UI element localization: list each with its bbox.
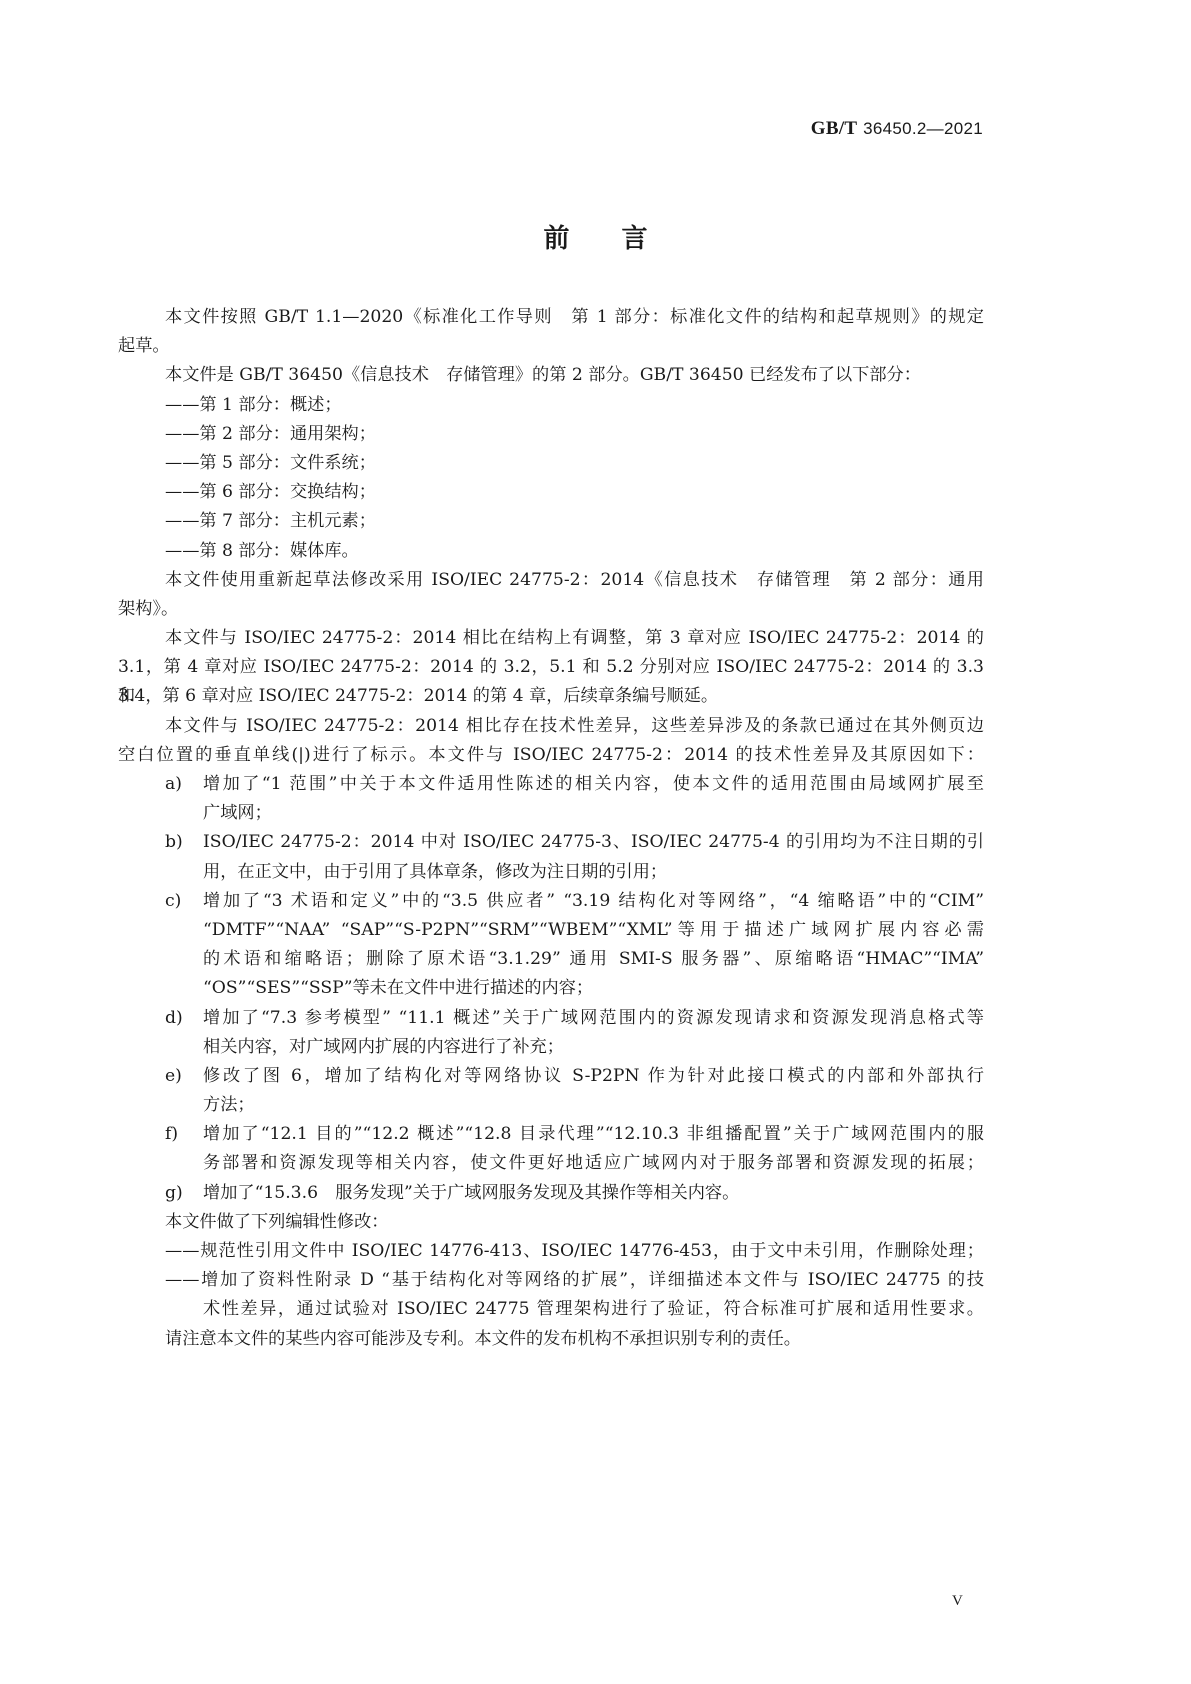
item-label: g) <box>165 1179 183 1208</box>
standard-number: 36450.2—2021 <box>863 119 983 138</box>
difference-item-c: c)增加了“3 术语和定义”中的“3.5 供应者” “3.19 结构化对等网络”… <box>118 887 984 916</box>
item-continuation: 相关内容，对广域网内扩展的内容进行了补充； <box>118 1033 984 1062</box>
page-number: V <box>952 1593 963 1610</box>
paragraph-line: 本文件按照 GB/T 1.1—2020《标准化工作导则 第 1 部分：标准化文件… <box>118 303 984 332</box>
paragraph-line: 3.1，第 4 章对应 ISO/IEC 24775-2：2014 的 3.2，5… <box>118 653 984 682</box>
item-label: f) <box>165 1120 178 1149</box>
list-item: ——第 8 部分：媒体库。 <box>118 537 984 566</box>
item-text: 增加了“15.3.6 服务发现”关于广域网服务发现及其操作等相关内容。 <box>203 1183 739 1203</box>
paragraph-line: 本文件使用重新起草法修改采用 ISO/IEC 24775-2：2014《信息技术… <box>118 566 984 595</box>
list-item: ——第 1 部分：概述； <box>118 391 984 420</box>
item-continuation: 广域网； <box>118 799 984 828</box>
standard-prefix: GB/T <box>811 118 858 139</box>
list-item: ——第 7 部分：主机元素； <box>118 507 984 536</box>
paragraph-line: 架构》。 <box>118 595 984 624</box>
item-continuation: “OS”“SES”“SSP”等未在文件中进行描述的内容； <box>118 974 984 1003</box>
paragraph-line: 空白位置的垂直单线(|)进行了标示。本文件与 ISO/IEC 24775-2：2… <box>118 741 984 770</box>
difference-item-e: e)修改了图 6，增加了结构化对等网络协议 S-P2PN 作为针对此接口模式的内… <box>118 1062 984 1091</box>
paragraph-line: 本文件与 ISO/IEC 24775-2：2014 相比在结构上有调整，第 3 … <box>118 624 984 653</box>
list-item: ——第 2 部分：通用架构； <box>118 420 984 449</box>
item-continuation: “DMTF”“NAA” “SAP”“S-P2PN”“SRM”“WBEM”“XML… <box>118 916 984 945</box>
item-text: 修改了图 6，增加了结构化对等网络协议 S-P2PN 作为针对此接口模式的内部和… <box>203 1066 984 1086</box>
item-text: 增加了“3 术语和定义”中的“3.5 供应者” “3.19 结构化对等网络”，“… <box>203 891 984 911</box>
item-text: 增加了“12.1 目的”“12.2 概述”“12.8 目录代理”“12.10.3… <box>203 1124 984 1144</box>
item-text: 增加了“7.3 参考模型” “11.1 概述”关于广域网范围内的资源发现请求和资… <box>203 1008 984 1028</box>
item-text: ISO/IEC 24775-2：2014 中对 ISO/IEC 24775-3、… <box>203 832 984 852</box>
item-continuation: 术性差异，通过试验对 ISO/IEC 24775 管理架构进行了验证，符合标准可… <box>118 1295 984 1324</box>
list-item: ——第 5 部分：文件系统； <box>118 449 984 478</box>
editorial-item: ——规范性引用文件中 ISO/IEC 14776-413、ISO/IEC 147… <box>118 1237 984 1266</box>
difference-item-a: a)增加了“1 范围”中关于本文件适用性陈述的相关内容，使本文件的适用范围由局域… <box>118 770 984 799</box>
difference-item-g: g)增加了“15.3.6 服务发现”关于广域网服务发现及其操作等相关内容。 <box>118 1179 984 1208</box>
difference-item-d: d)增加了“7.3 参考模型” “11.1 概述”关于广域网范围内的资源发现请求… <box>118 1004 984 1033</box>
paragraph-line: 起草。 <box>118 332 984 361</box>
list-item: ——第 6 部分：交换结构； <box>118 478 984 507</box>
foreword-body: 本文件按照 GB/T 1.1—2020《标准化工作导则 第 1 部分：标准化文件… <box>118 303 984 1354</box>
paragraph-line: 3.4，第 6 章对应 ISO/IEC 24775-2：2014 的第 4 章，… <box>118 682 984 711</box>
item-label: d) <box>165 1004 183 1033</box>
paragraph-line: 请注意本文件的某些内容可能涉及专利。本文件的发布机构不承担识别专利的责任。 <box>118 1325 984 1354</box>
difference-item-b: b)ISO/IEC 24775-2：2014 中对 ISO/IEC 24775-… <box>118 828 984 857</box>
paragraph-line: 本文件是 GB/T 36450《信息技术 存储管理》的第 2 部分。GB/T 3… <box>118 361 984 390</box>
item-label: c) <box>165 887 181 916</box>
page-title: 前言 <box>0 218 1191 255</box>
item-label: b) <box>165 828 183 857</box>
paragraph-line: 本文件做了下列编辑性修改： <box>118 1208 984 1237</box>
item-continuation: 务部署和资源发现等相关内容，使文件更好地适应广域网内对于服务部署和资源发现的拓展… <box>118 1149 984 1178</box>
item-label: e) <box>165 1062 182 1091</box>
standard-code: GB/T 36450.2—2021 <box>811 118 983 140</box>
editorial-item: ——增加了资料性附录 D “基于结构化对等网络的扩展”，详细描述本文件与 ISO… <box>118 1266 984 1295</box>
item-continuation: 方法； <box>118 1091 984 1120</box>
paragraph-line: 本文件与 ISO/IEC 24775-2：2014 相比存在技术性差异，这些差异… <box>118 712 984 741</box>
difference-item-f: f)增加了“12.1 目的”“12.2 概述”“12.8 目录代理”“12.10… <box>118 1120 984 1149</box>
item-continuation: 的术语和缩略语；删除了原术语“3.1.29” 通用 SMI-S 服务器”、原缩略… <box>118 945 984 974</box>
item-continuation: 用，在正文中，由于引用了具体章条，修改为注日期的引用； <box>118 858 984 887</box>
item-text: 增加了“1 范围”中关于本文件适用性陈述的相关内容，使本文件的适用范围由局域网扩… <box>203 774 984 794</box>
item-label: a) <box>165 770 182 799</box>
